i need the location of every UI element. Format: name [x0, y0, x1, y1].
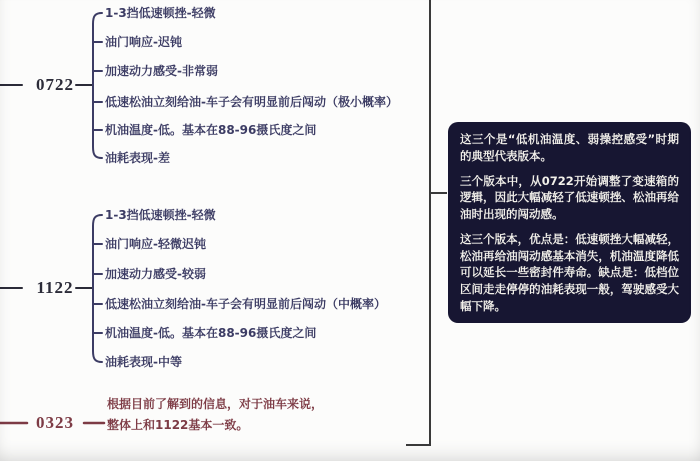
tree-item: 低速松油立刻给油-车子会有明显前后闯动（中概率）: [105, 295, 386, 313]
annotation-paragraph: 这三个是“低机油温度、弱操控感受”时期的典型代表版本。: [460, 131, 679, 165]
group-bracket: [407, 0, 446, 445]
tree-item: 加速动力感受-非常弱: [105, 62, 218, 80]
tree-item: 油耗表现-中等: [105, 353, 182, 371]
branch-label-0323: 0323: [31, 413, 79, 433]
tree-item: 机油温度-低。基本在88-96摄氏度之间: [105, 324, 316, 342]
annotation-paragraph: 这三个版本，优点是：低速顿挫大幅减轻，松油再给油闯动感基本消失，机油温度降低可以…: [460, 231, 679, 315]
branch-0722-brace: [93, 13, 102, 158]
tree-item: 机油温度-低。基本在88-96摄氏度之间: [105, 121, 316, 139]
annotation-box: 这三个是“低机油温度、弱操控感受”时期的典型代表版本。 三个版本中，从0722开…: [448, 122, 691, 323]
mindmap-canvas: 0722 1122 0323 1-3挡低速顿挫-轻微 油门响应-迟钝 加速动力感…: [0, 0, 700, 461]
branch-label-1122: 1122: [31, 278, 79, 298]
tree-item: 油耗表现-差: [105, 149, 170, 167]
branch-1122-brace: [93, 215, 102, 362]
tree-item: 低速松油立刻给油-车子会有明显前后闯动（极小概率）: [105, 93, 398, 111]
tree-item: 1-3挡低速顿挫-轻微: [105, 4, 216, 22]
branch-label-0722: 0722: [31, 75, 79, 95]
branch-note-0323: 根据目前了解到的信息，对于油车来说，整体上和1122基本一致。: [107, 394, 327, 436]
tree-item: 油门响应-轻微迟钝: [105, 235, 206, 253]
tree-item: 加速动力感受-较弱: [105, 265, 206, 283]
tree-item: 1-3挡低速顿挫-轻微: [105, 206, 216, 224]
annotation-paragraph: 三个版本中，从0722开始调整了变速箱的逻辑，因此大幅减轻了低速顿挫、松油再给油…: [460, 173, 679, 223]
tree-item: 油门响应-迟钝: [105, 33, 182, 51]
